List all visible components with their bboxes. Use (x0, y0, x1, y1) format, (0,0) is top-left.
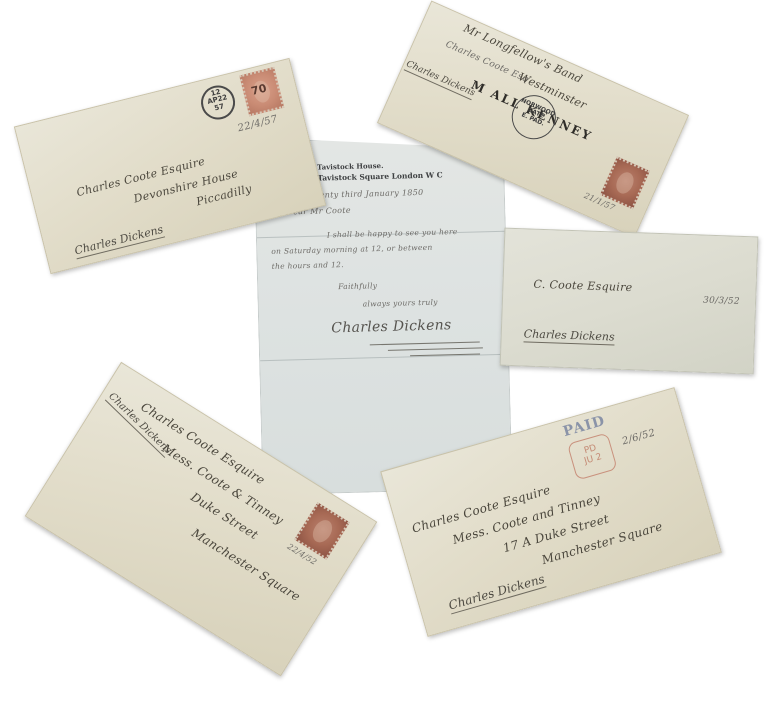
address-line-1: C. Coote Esquire (533, 278, 632, 294)
envelope-signature: Charles Dickens (404, 59, 477, 100)
letterhead-line-2: Tavistock Square London W C (317, 170, 443, 182)
letter-body-line-1: I shall be happy to see you here (327, 227, 458, 239)
signature-flourish (388, 347, 483, 350)
docket-date: 2/6/52 (621, 427, 657, 447)
letter-body-line-3: the hours and 12. (272, 260, 344, 271)
docket-date: 30/3/52 (703, 296, 740, 307)
envelope-signature: Charles Dickens (523, 327, 614, 345)
envelope-middle-right: C. Coote Esquire 30/3/52 Charles Dickens (500, 228, 759, 375)
letter-closing-1: Faithfully (338, 281, 377, 291)
letter-signature: Charles Dickens (331, 317, 452, 336)
letter-body-line-2: on Saturday morning at 12, or between (271, 243, 432, 256)
docket-date: 22/4/57 (237, 114, 279, 135)
postmark-circle: 12 AP22 57 (197, 82, 238, 123)
letterhead-line-1: Tavistock House. (317, 161, 384, 172)
red-paid-postmark: PD JU 2 (567, 432, 618, 480)
penny-red-stamp: 70 (239, 67, 284, 116)
envelope-signature: Charles Dickens (447, 572, 547, 615)
envelope-signature: Charles Dickens (73, 223, 165, 260)
signature-flourish (370, 341, 480, 345)
letter-fold-line (260, 354, 508, 361)
letter-closing-2: always yours truly (363, 298, 438, 309)
